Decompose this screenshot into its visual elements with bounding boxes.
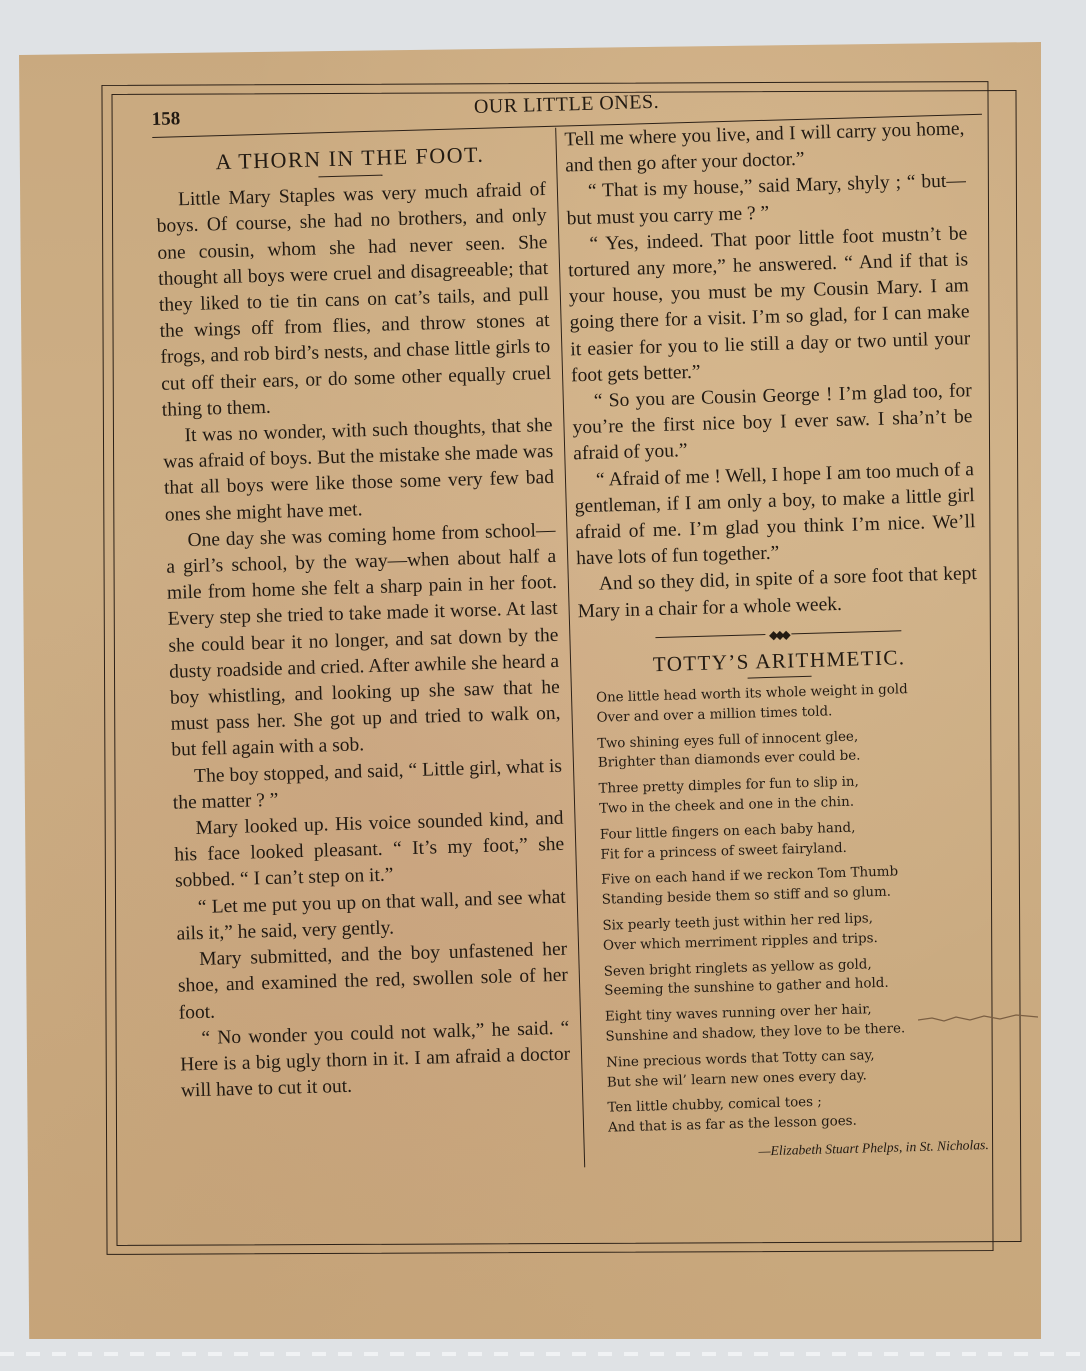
story-paragraph: “ Afraid of me ! Well, I hope I am too m… [574,457,977,573]
poem-stanza: Nine precious words that Totty can say, … [606,1043,991,1093]
story-paragraph: It was no wonder, with such thoughts, th… [162,413,555,529]
story-paragraph: Mary submitted, and the boy unfastened h… [177,937,569,1026]
poem-stanza: One little head worth its whole weight i… [596,678,981,728]
story-paragraph: Little Mary Staples was very much afraid… [156,177,552,424]
right-column: Tell me where you live, and I will carry… [564,116,993,1169]
scanner-bed-edge [0,1352,1086,1356]
diamond-ornament-icon: ◆◆◆ [765,629,792,640]
ornament-rule-right [792,631,902,635]
title-underline [318,175,382,178]
poem-stanza: Eight tiny waves running over her hair, … [605,997,990,1047]
poem-stanza: Ten little chubby, comical toes ; And th… [607,1088,992,1138]
story-paragraph: Mary looked up. His voice sounded kind, … [173,806,565,895]
story-paragraph: And so they did, in spite of a sore foot… [577,562,978,626]
story-paragraph: “ No wonder you could not walk,” he said… [179,1015,571,1104]
section-ornament: ◆◆◆ [578,624,978,645]
poem-attribution: —Elizabeth Stuart Phelps, in St. Nichola… [609,1132,994,1169]
story-title: A THORN IN THE FOOT. [155,138,546,177]
poem-title: TOTTY’S ARITHMETIC. [579,642,980,679]
poem-stanza: Two shining eyes full of innocent glee, … [597,724,982,774]
poem-stanza: Four little fingers on each baby hand, F… [600,815,985,865]
poem: One little head worth its whole weight i… [580,678,993,1169]
poem-stanza: Six pearly teeth just within her red lip… [602,906,987,956]
poem-stanza: Seven bright ringlets as yellow as gold,… [603,952,988,1002]
story-paragraph: One day she was coming home from school—… [165,518,561,765]
poem-title-underline [748,676,812,679]
story-paragraph: “ Yes, indeed. That poor little foot mus… [567,221,971,389]
ornament-rule-left [655,634,765,638]
page-content: 158 OUR LITTLE ONES. A THORN IN THE FOOT… [115,67,1027,1241]
left-column: A THORN IN THE FOOT. Little Mary Staples… [155,138,572,1105]
poem-stanza: Three pretty dimples for fun to slip in,… [598,769,983,819]
story-paragraph: “ So you are Cousin George ! I’m glad to… [571,378,973,468]
poem-stanza: Five on each hand if we reckon Tom Thumb… [601,860,986,910]
